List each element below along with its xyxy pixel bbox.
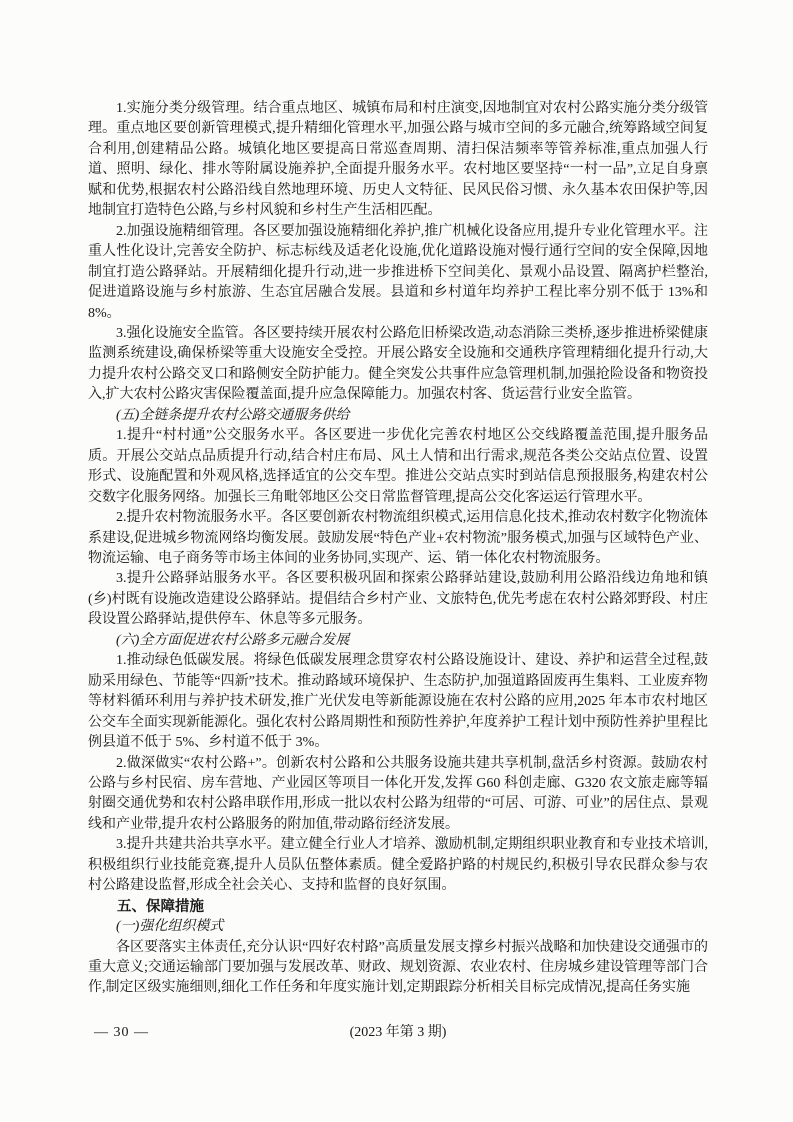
paragraph-village-bus-service: 1.提升“村村通”公交服务水平。各区要进一步优化完善农村地区公交线路覆盖范围,提… — [88, 426, 708, 508]
paragraph-co-governance: 3.提升共建共治共享水平。建立健全行业人才培养、激励机制,定期组织职业教育和专业… — [88, 835, 708, 896]
paragraph-rural-road-plus: 2.做深做实“农村公路+”。创新农村公路和公共服务设施共建共享机制,盘活乡村资源… — [88, 754, 708, 836]
paragraph-district-responsibility: 各区要落实主体责任,充分认识“四好农村路”高质量发展支撑乡村振兴战略和加快建设交… — [88, 938, 708, 999]
issue-label: (2023 年第 3 期) — [88, 1023, 708, 1043]
section-heading-six: (六)全方面促进农村公路多元融合发展 — [88, 631, 708, 651]
paragraph-safety-supervision: 3.强化设施安全监管。各区要持续开展农村公路危旧桥梁改造,动态消除三类桥,逐步推… — [88, 324, 708, 406]
section-heading-five: (五)全链条提升农村公路交通服务供给 — [88, 406, 708, 426]
paragraph-green-low-carbon: 1.推动绿色低碳发展。将绿色低碳发展理念贯穿农村公路设施设计、建设、养护和运营全… — [88, 651, 708, 753]
paragraph-rural-logistics: 2.提升农村物流服务水平。各区要创新农村物流组织模式,运用信息化技术,推动农村数… — [88, 508, 708, 569]
document-page: 1.实施分类分级管理。结合重点地区、城镇布局和村庄演变,因地制宜对农村公路实施分… — [0, 0, 793, 1122]
section-heading-one-organization: (一)强化组织模式 — [88, 917, 708, 937]
paragraph-highway-station-service: 3.提升公路驿站服务水平。各区要积极巩固和探索公路驿站建设,鼓励利用公路沿线边角… — [88, 569, 708, 630]
page-footer: — 30 — (2023 年第 3 期) — [88, 1023, 708, 1043]
paragraph-classified-management: 1.实施分类分级管理。结合重点地区、城镇布局和村庄演变,因地制宜对农村公路实施分… — [88, 99, 708, 222]
chapter-heading-five-safeguards: 五、保障措施 — [88, 897, 708, 917]
document-body: 1.实施分类分级管理。结合重点地区、城镇布局和村庄演变,因地制宜对农村公路实施分… — [88, 99, 708, 999]
paragraph-refined-facility-management: 2.加强设施精细管理。各区要加强设施精细化养护,推广机械化设备应用,提升专业化管… — [88, 222, 708, 324]
